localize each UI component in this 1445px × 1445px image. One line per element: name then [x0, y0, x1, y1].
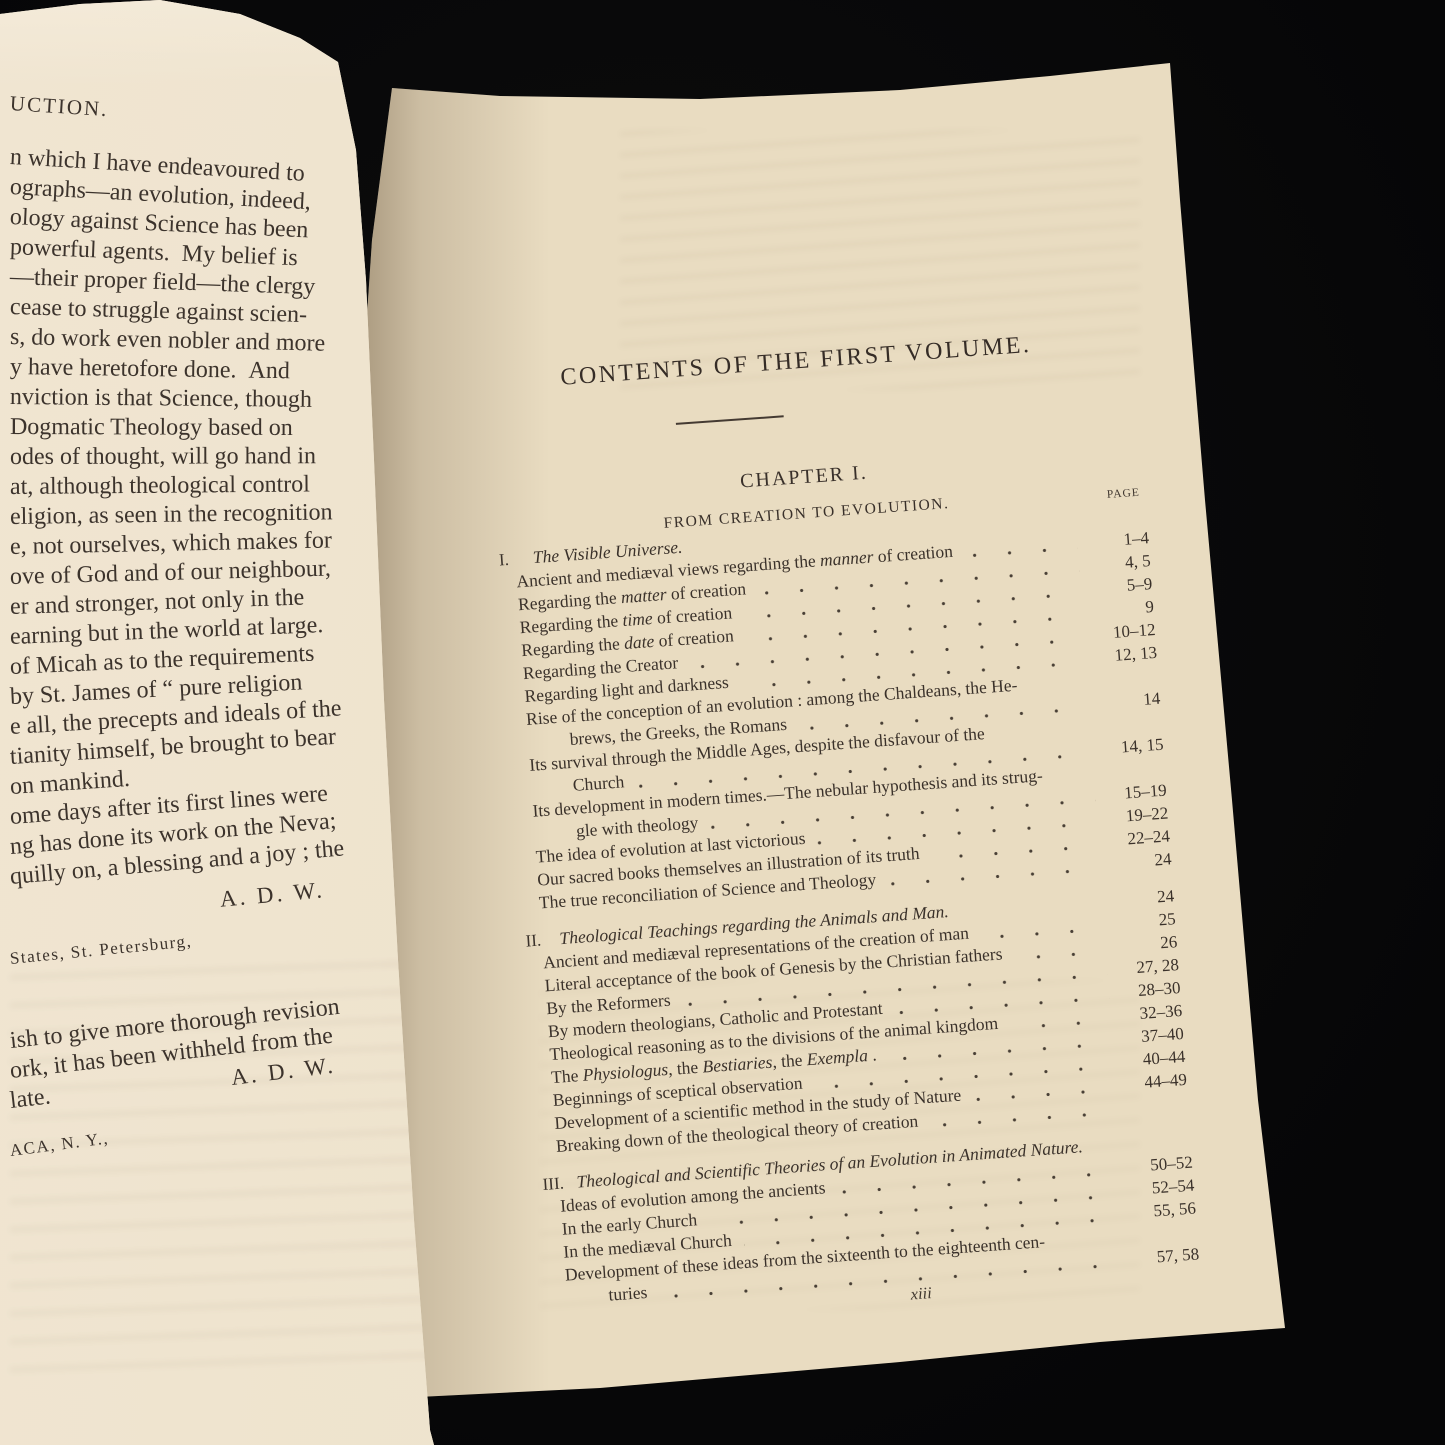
- section-numeral: III.: [542, 1173, 577, 1195]
- page-number: [1127, 1108, 1189, 1112]
- page-number: 28–30: [1118, 978, 1181, 1002]
- page-number: 14: [1098, 689, 1161, 713]
- page-number: 1–4: [1086, 528, 1149, 552]
- contents-page: CONTENTS OF THE FIRST VOLUME. CHAPTER I.…: [485, 315, 1205, 1378]
- page-number: 22–24: [1107, 826, 1170, 850]
- page-number: 9: [1091, 597, 1154, 621]
- page-number: 12, 13: [1095, 643, 1158, 667]
- page-number: 50–52: [1130, 1153, 1193, 1177]
- page-number: 37–40: [1121, 1024, 1184, 1048]
- page-number: 27, 28: [1116, 955, 1179, 979]
- page-column-label: PAGE: [1107, 487, 1141, 501]
- dot-leader: [930, 1111, 1117, 1128]
- page-number: 44–49: [1124, 1070, 1187, 1094]
- page-number: 26: [1115, 932, 1178, 956]
- page-number: 19–22: [1106, 803, 1169, 827]
- divider-rule: [676, 415, 784, 425]
- page-number: 24: [1109, 849, 1172, 873]
- left-page-line: UCTION.: [9, 88, 396, 142]
- page-number: 5–9: [1090, 574, 1153, 598]
- section-numeral: II.: [525, 929, 560, 951]
- page-title: CONTENTS OF THE FIRST VOLUME.: [486, 327, 1106, 397]
- page-number: 32–36: [1120, 1001, 1183, 1025]
- page-number: 25: [1113, 909, 1176, 933]
- page-number: 24: [1112, 886, 1175, 910]
- left-page-line: Dogmatic Theology based on: [10, 412, 396, 443]
- page-number: 55, 56: [1133, 1199, 1196, 1223]
- toc-entry-label: Church: [572, 771, 625, 796]
- page-number: 4, 5: [1088, 551, 1151, 575]
- page-number: 10–12: [1093, 620, 1156, 644]
- introduction-page: UCTION.n which I have endeavoured toogra…: [0, 88, 396, 1166]
- left-page-line: odes of thought, will go hand in: [10, 441, 396, 472]
- dot-leader: [888, 867, 1100, 886]
- page-number: 15–19: [1104, 781, 1167, 805]
- page-number: 52–54: [1132, 1176, 1195, 1200]
- dot-leader: [1015, 950, 1106, 960]
- toc-entry-label: turies: [608, 1282, 648, 1306]
- page-number: 14, 15: [1101, 735, 1164, 759]
- page-number: 40–44: [1123, 1047, 1186, 1071]
- toc-rows: I. The Visible Universe. Ancient and med…: [498, 504, 1200, 1311]
- left-page-line: nviction is that Science, though: [10, 382, 396, 416]
- photo-background: CONTENTS OF THE FIRST VOLUME. CHAPTER I.…: [0, 0, 1445, 1445]
- section-numeral: I.: [498, 548, 533, 570]
